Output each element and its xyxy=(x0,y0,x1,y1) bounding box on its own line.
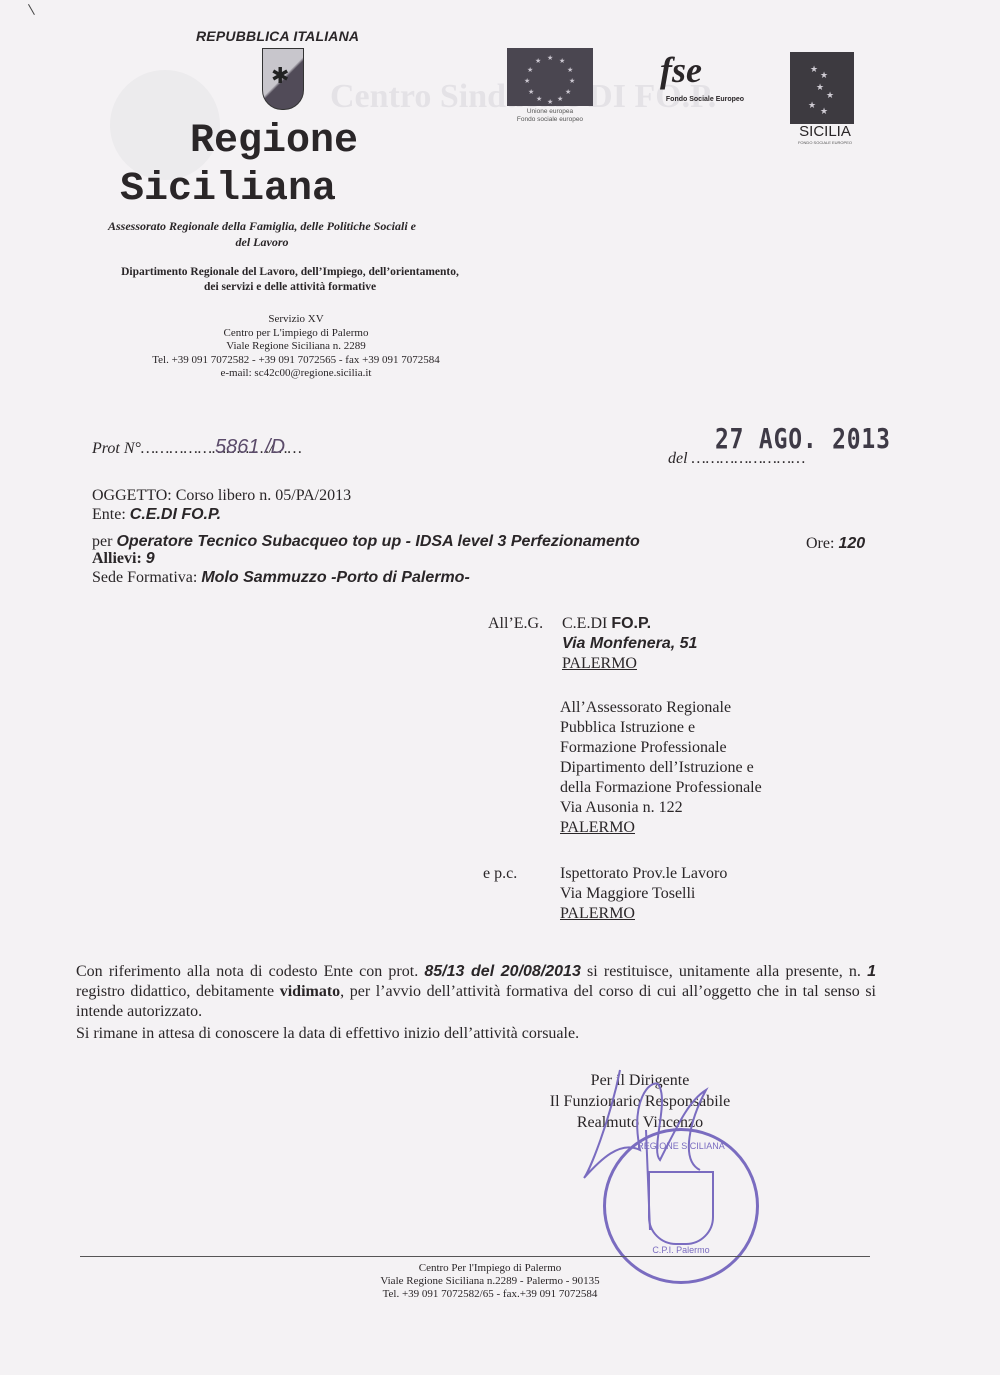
fse-logo-icon: fse xyxy=(660,50,702,90)
sede-line: Sede Formativa: Molo Sammuzzo -Porto di … xyxy=(92,568,470,587)
fse-caption: Fondo Sociale Europeo xyxy=(640,96,770,103)
allievi-line: Allievi: 9 xyxy=(92,549,155,568)
date-stamp: 27 AGO. 2013 xyxy=(715,422,891,455)
assessorato-heading: Assessorato Regionale della Famiglia, de… xyxy=(92,218,432,250)
handwritten-signature xyxy=(580,1060,720,1240)
recipient-cc: Ispettorato Prov.le Lavoro Via Maggiore … xyxy=(560,864,727,924)
footer-divider xyxy=(80,1256,870,1257)
body-paragraph-2: Si rimane in attesa di conoscere la data… xyxy=(76,1024,876,1044)
hours-line: Ore: 120 xyxy=(806,534,865,553)
sicilia-fse-flag-icon: ★★★ ★★★ xyxy=(790,52,854,124)
sicilia-subcaption: FONDO SOCIALE EUROPEO xyxy=(786,140,864,145)
eu-flag-icon: ★★★ ★★★ ★★★ ★★★ xyxy=(507,48,593,106)
recipient-1: C.E.DI FO.P. Via Monfenera, 51 PALERMO xyxy=(562,614,697,674)
scan-corner-mark xyxy=(28,0,47,15)
region-title-line2: Siciliana xyxy=(120,168,336,212)
recipient-2: All’Assessorato Regionale Pubblica Istru… xyxy=(560,698,762,838)
cc-prefix: e p.c. xyxy=(483,864,517,884)
region-title-line1: Regione xyxy=(190,120,358,164)
eu-caption: Unione europea Fondo sociale europeo xyxy=(493,108,607,124)
servizio-contact-block: Servizio XV Centro per L'impiego di Pale… xyxy=(96,313,496,381)
republic-heading: REPUBBLICA ITALIANA xyxy=(196,28,359,44)
dipartimento-heading: Dipartimento Regionale del Lavoro, dell’… xyxy=(90,265,490,295)
recipient-prefix: All’E.G. xyxy=(488,614,543,634)
body-paragraph-1: Con riferimento alla nota di codesto Ent… xyxy=(76,962,876,1022)
ente-line: Ente: C.E.DI FO.P. xyxy=(92,505,221,524)
sicily-crest-icon: ✱ xyxy=(262,48,304,110)
sicilia-caption: SICILIA xyxy=(790,124,860,140)
footer-contact: Centro Per l'Impiego di Palermo Viale Re… xyxy=(300,1262,680,1301)
course-line: per Operatore Tecnico Subacqueo top up -… xyxy=(92,532,640,551)
protocol-number-handwritten: 5861 /D xyxy=(215,436,285,459)
oggetto-line: OGGETTO: Corso libero n. 05/PA/2013 xyxy=(92,486,351,505)
